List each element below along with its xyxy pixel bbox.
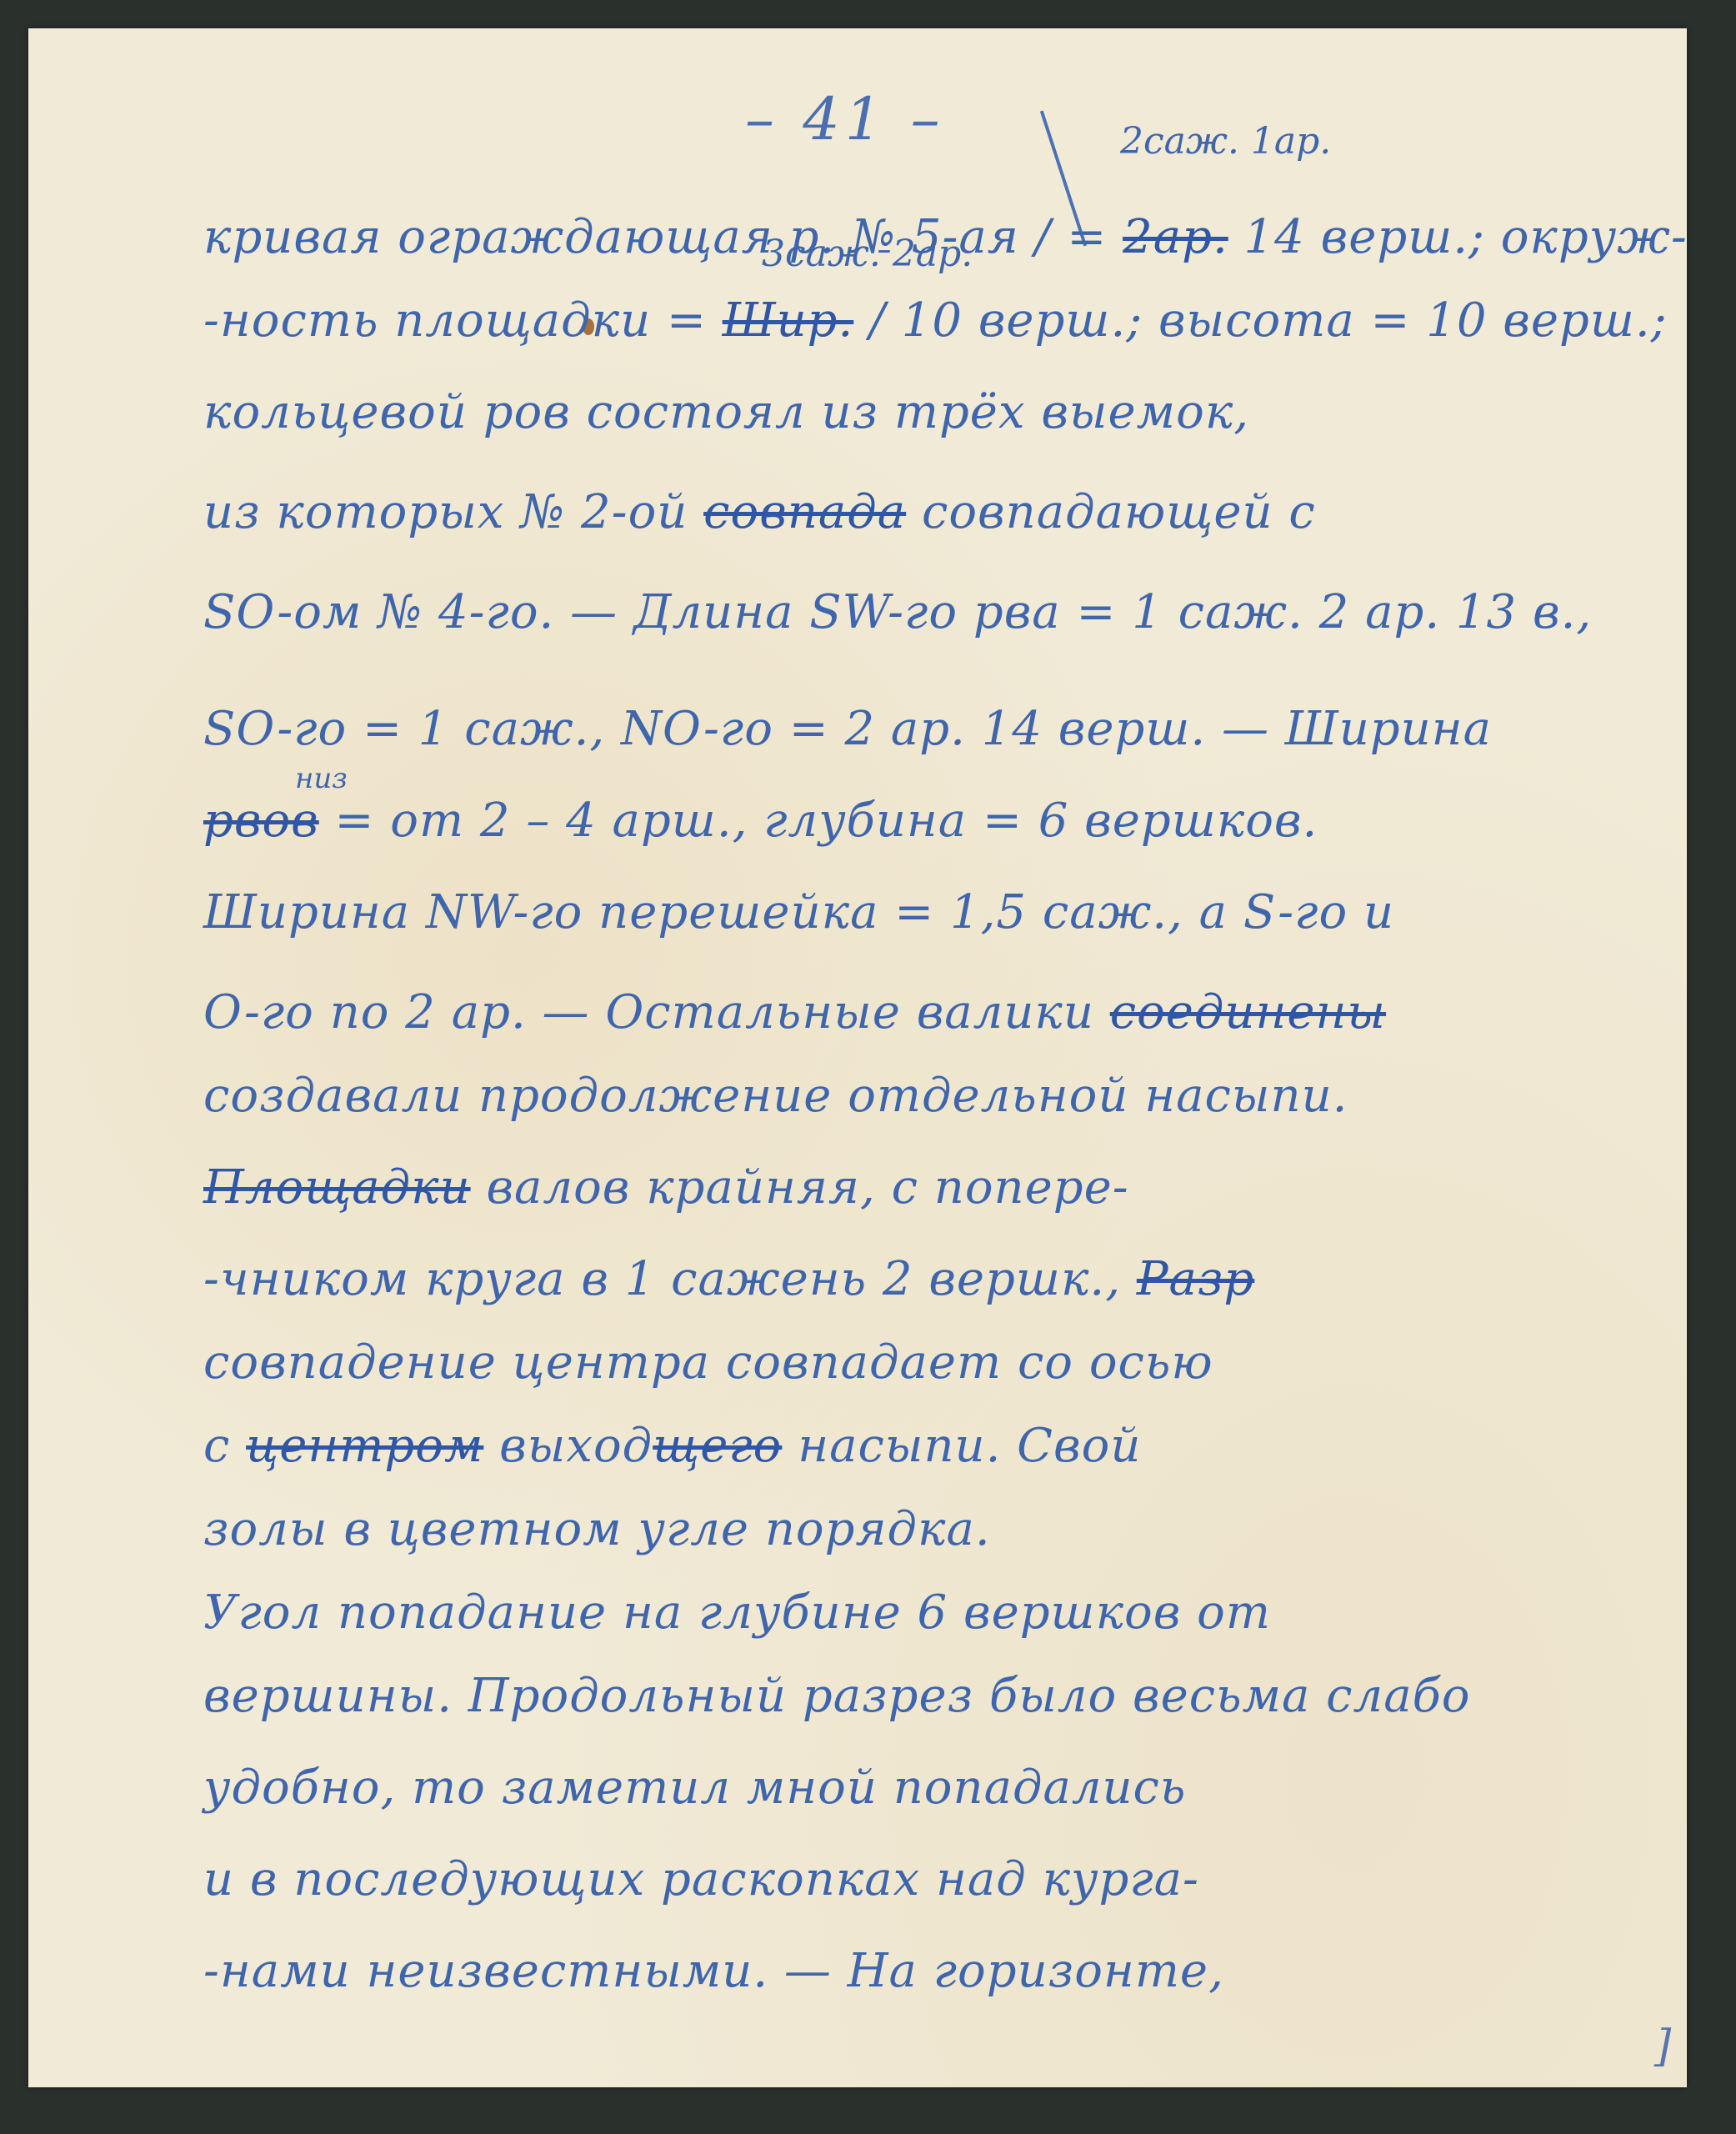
text-line: Площадки валов крайняя, с попере-	[203, 1160, 1129, 1215]
manuscript-page: – 41 – 2саж. 1ар. 3саж. 2ар. низ кривая …	[28, 28, 1687, 2087]
text-line: O-го по 2 ар. — Остальные валики соедине…	[203, 985, 1386, 1039]
annotation-top: 2саж. 1ар.	[1120, 120, 1331, 163]
text-line: совпадение центра совпадает со осью	[203, 1335, 1213, 1390]
text-line: и в последующих раскопках над курга-	[203, 1852, 1199, 1906]
page-number: – 41 –	[745, 85, 945, 153]
text-line: создавали продолжение отдельной насыпи.	[203, 1069, 1348, 1123]
text-line: -ность площадки = Шир. / 10 верш.; высот…	[203, 293, 1668, 348]
text-line: рвов = от 2 – 4 арш., глубина = 6 вершко…	[203, 794, 1318, 848]
text-line: SO-ом № 4-го. — Длина SW-го рва = 1 саж.…	[203, 585, 1592, 639]
text-line: золы в цветном угле порядка.	[203, 1502, 991, 1556]
text-line: с центром выходщего насыпи. Свой	[203, 1419, 1141, 1473]
text-line: вершины. Продольный разрез было весьма с…	[203, 1669, 1470, 1723]
text-line: SO-го = 1 саж., NO-го = 2 ар. 14 верш. —…	[203, 702, 1492, 756]
text-line: -чником круга в 1 сажень 2 вершк., Разр	[203, 1252, 1254, 1306]
text-line: Угол попадание на глубине 6 вершков от	[203, 1585, 1271, 1640]
text-line: -нами неизвестными. — На горизонте,	[203, 1944, 1224, 1998]
text-line: кривая ограждающая р. № 5-ая / = 2ар. 14…	[203, 210, 1688, 264]
text-line: удобно, то заметил мной попадались	[203, 1761, 1186, 1815]
annotation-line7: низ	[295, 762, 348, 795]
text-line: Ширина NW-го перешейка = 1,5 саж., а S-г…	[203, 885, 1394, 939]
text-line: кольцевой ров состоял из трёх выемок,	[203, 385, 1249, 439]
text-line: из которых № 2-ой совпада совпадающей с	[203, 485, 1316, 539]
margin-bracket-mark: ]	[1654, 2021, 1671, 2071]
